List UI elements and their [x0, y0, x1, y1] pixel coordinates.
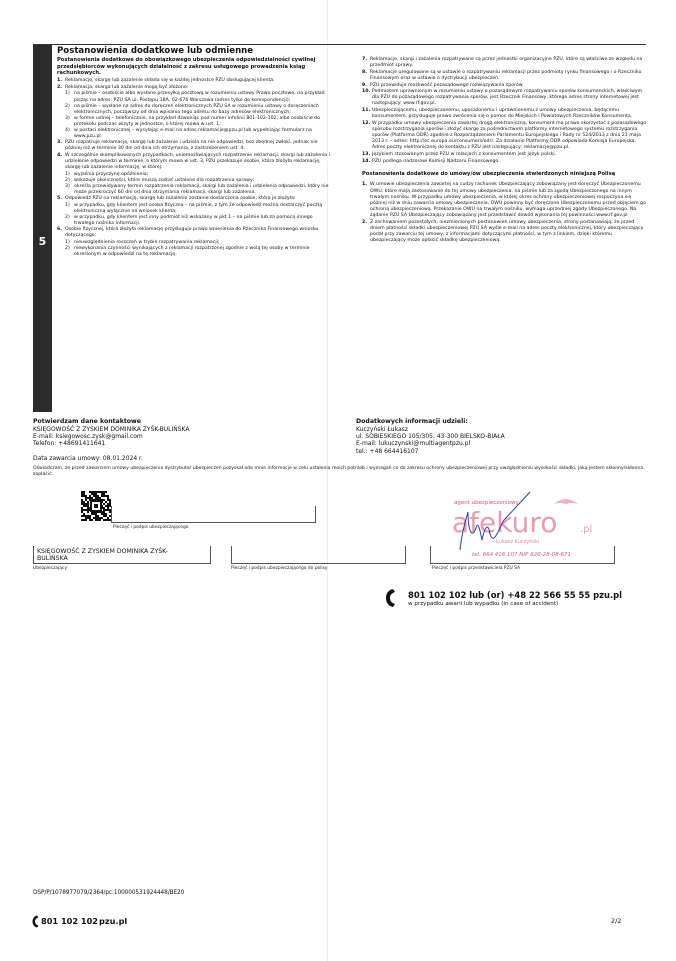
document-code: DSP/P/1078977079/2364/pc:100000531924448… — [33, 890, 184, 896]
clause-number: 3. — [57, 140, 62, 146]
clause-item: 9.PZU przewiduje możliwość pozasądowego … — [362, 83, 647, 89]
subitem-text: na piśmie – wysłane na adres do doręczeń… — [74, 104, 319, 115]
clause-text: PZU podlega nadzorowi Komisji Nadzoru Fi… — [372, 159, 500, 164]
clause-item: 11.Ubezpieczającemu, ubezpieczonemu, upo… — [362, 108, 647, 120]
complaints-subtitle: Postanowienia dodatkowe do obowiązkowego… — [57, 57, 332, 77]
clause-item: 14.PZU podlega nadzorowi Komisji Nadzoru… — [362, 159, 647, 165]
section-side-bar — [33, 45, 52, 412]
clause-text: W umowie ubezpieczenia zawartej na cudzy… — [370, 182, 646, 217]
insurer-signature-label: Pieczęć i podpis ubezpieczającego — [113, 525, 188, 530]
clause-text: Osobie fizycznej, która złożyła reklamac… — [65, 227, 318, 238]
contact-confirm-title: Potwierdzam dane kontaktowe — [33, 418, 333, 426]
clause-item: 5.Odpowiedź PZU na reklamację, skargę lu… — [57, 196, 332, 202]
insured-name: KSIĘGOWOŚĆ Z ZYSKIEM DOMINIKA ZYŚK-BULIŃ… — [37, 548, 197, 563]
pzu-rep-signature-label: Pieczęć i podpis przedstawiciela PZU SA — [432, 566, 520, 571]
clause-number: 5. — [57, 196, 62, 202]
complaints-list-right: 7.Reklamacje, skargi i zażalenia rozpatr… — [362, 57, 647, 165]
clause-item: 1.W umowie ubezpieczenia zawartej na cud… — [362, 182, 647, 219]
clause-item: 1.Reklamację, skargę lub zażalenie skład… — [57, 78, 332, 84]
agent-name: Kuczyński Łukasz — [356, 426, 656, 433]
stamp-contact: tel. 664 416 107 NIP 626-28-08-671 — [472, 552, 571, 558]
clause-text: PZU rozpatruje reklamację, skargę lub za… — [65, 140, 318, 151]
agent-email[interactable]: E-mail: lukuczynski@multiagentpzu.pl — [356, 440, 656, 447]
clause-subitem: 3)w formie ustnej – telefonicznie, na pr… — [57, 116, 332, 128]
clause-text: Z zachowaniem pozostałych, niezmienionyc… — [370, 220, 643, 243]
agent-phone[interactable]: tel.: +48 664416107 — [356, 448, 656, 455]
page-number: 2/2 — [611, 917, 621, 925]
clause-number: 9. — [362, 83, 367, 89]
clause-text: Reklamacje, skargi i zażalenia rozpatryw… — [370, 57, 642, 68]
subitem-text: w postaci elektronicznej – wysyłając e-m… — [74, 128, 312, 139]
section-top-rule — [33, 44, 646, 45]
subitem-text: na piśmie – osobiście albo wysłane przes… — [74, 91, 325, 102]
subitem-text: w przypadku, gdy klientem jest inny podm… — [74, 215, 313, 226]
clause-number: 4. — [57, 153, 62, 159]
subitem-text: w przypadku, gdy klientem jest osoba fiz… — [74, 203, 322, 214]
clause-number: 1. — [362, 182, 367, 188]
section-number: 5 — [33, 235, 52, 248]
subitem-text: wyjaśnia przyczynę opóźnienia; — [74, 172, 148, 177]
clause-text: W szczególnie skomplikowanych przypadkac… — [65, 153, 330, 170]
subitem-number: 3) — [65, 184, 70, 190]
hotline-description: w przypadku awarii lub wypadku (in case … — [408, 601, 558, 607]
contact-name: KSIĘGOWOŚĆ Z ZYSKIEM DOMINIKA ZYŚK-BULIŃ… — [33, 426, 333, 433]
agent-address: ul. SOBIESKIEGO 105/305, 43-300 BIELSKO-… — [356, 433, 656, 440]
contract-date: Data zawarcia umowy: 08.01.2024 r. — [33, 455, 143, 462]
clause-item: 13.Językiem stosowanym przez PZU w relac… — [362, 152, 647, 158]
subitem-text: wskazuje okoliczności, które muszą zosta… — [74, 178, 254, 183]
clause-subitem: 1)na piśmie – osobiście albo wysłane prz… — [57, 91, 332, 103]
clause-text: Reklamacja, skarga lub zażalenie mogą by… — [65, 85, 188, 90]
clause-item: 7.Reklamacje, skargi i zażalenia rozpatr… — [362, 57, 647, 69]
footer-phone[interactable]: 801 102 102 — [41, 916, 98, 926]
clause-item: 8.Reklamacje uregulowane są w ustawie o … — [362, 70, 647, 82]
agent-info-title: Dodatkowych informacji udzieli: — [356, 418, 656, 426]
subitem-text: w formie ustnej – telefonicznie, na przy… — [74, 116, 320, 127]
complaints-column-left: Postanowienia dodatkowe lub odmienne Pos… — [57, 46, 332, 258]
clause-text: PZU przewiduje możliwość pozasądowego ro… — [370, 83, 524, 88]
clause-item: 2.Z zachowaniem pozostałych, niezmienion… — [362, 220, 647, 244]
clause-text: Reklamację, skargę lub zażalenie składa … — [65, 78, 275, 83]
stamp-brand: afekuro — [452, 506, 557, 539]
contact-confirm-block: Potwierdzam dane kontaktowe KSIĘGOWOŚĆ Z… — [33, 418, 333, 448]
insured-label: Ubezpieczający — [33, 566, 67, 571]
clause-subitem: 1)w przypadku, gdy klientem jest osoba f… — [57, 203, 332, 215]
subitem-number: 4) — [65, 128, 70, 134]
subitem-number: 1) — [65, 91, 70, 97]
clause-subitem: 3)określa przewidywany termin rozpatrzen… — [57, 184, 332, 196]
clause-item: 12.W przypadku umowy ubezpieczenia zawar… — [362, 121, 647, 151]
clause-text: Odpowiedź PZU na reklamację, skargę lub … — [65, 196, 295, 201]
clause-item: 6.Osobie fizycznej, która złożyła reklam… — [57, 227, 332, 239]
footer-website[interactable]: pzu.pl — [99, 916, 127, 926]
clause-item: 2.Reklamacja, skarga lub zażalenie mogą … — [57, 85, 332, 91]
stamp-brand-suffix: .pl — [580, 524, 592, 535]
qr-code-icon — [81, 491, 111, 521]
clause-number: 1. — [57, 78, 62, 84]
subitem-number: 1) — [65, 203, 70, 209]
subitem-number: 2) — [65, 215, 70, 221]
clause-text: Reklamacje uregulowane są w ustawie o ro… — [370, 70, 641, 81]
agent-info-block: Dodatkowych informacji udzieli: Kuczyńsk… — [356, 418, 656, 455]
clause-number: 2. — [57, 85, 62, 91]
clause-item: 3.PZU rozpatruje reklamację, skargę lub … — [57, 140, 332, 152]
subitem-text: określa przewidywany termin rozpatrzenia… — [74, 184, 329, 195]
clause-number: 8. — [362, 70, 367, 76]
subitem-number: 2) — [65, 246, 70, 252]
clause-number: 7. — [362, 57, 367, 63]
stamp-person: Łukasz Kuczyński — [495, 538, 539, 545]
clause-number: 10. — [362, 89, 370, 95]
phone-icon — [385, 588, 397, 608]
clause-number: 6. — [57, 227, 62, 233]
clause-number: 12. — [362, 121, 370, 127]
section-title: Postanowienia dodatkowe lub odmienne — [57, 46, 332, 56]
footer-phone-icon — [32, 915, 39, 928]
clause-subitem: 2)w przypadku, gdy klientem jest inny po… — [57, 215, 332, 227]
clause-item: 10.Podmiotem uprawnionym w rozumieniu us… — [362, 89, 647, 107]
clause-subitem: 2)na piśmie – wysłane na adres do doręcz… — [57, 104, 332, 116]
clause-text: W przypadku umowy ubezpieczenia zawartej… — [372, 121, 646, 150]
policy-signature-label: Pieczęć i podpis ubezpieczającego do pol… — [231, 566, 328, 571]
policy-provisions-list: 1.W umowie ubezpieczenia zawartej na cud… — [362, 182, 647, 244]
complaints-column-right: 7.Reklamacje, skargi i zażalenia rozpatr… — [362, 57, 647, 245]
umbrella-icon — [554, 499, 578, 504]
hotline-number[interactable]: 801 102 102 lub (or) +48 22 566 55 55 pz… — [408, 590, 622, 600]
contact-phone[interactable]: Telefon: +48691411641 — [33, 440, 333, 447]
clause-item: 4.W szczególnie skomplikowanych przypadk… — [57, 153, 332, 171]
policy-provisions-title: Postanowienia dodatkowe do umowy/ów ubez… — [362, 171, 647, 178]
clause-text: Ubezpieczającemu, ubezpieczonemu, uposaż… — [372, 108, 632, 119]
agent-stamp: agent ubezpieczeniowy afekuro .pl Łukasz… — [432, 490, 612, 560]
clause-subitem: 4)w postaci elektronicznej – wysyłając e… — [57, 128, 332, 140]
clause-number: 14. — [362, 159, 370, 165]
subitem-text: nieuwzględnienia roszczeń w trybie rozpa… — [74, 240, 220, 245]
policy-signature-box[interactable] — [231, 546, 406, 564]
subitem-number: 2) — [65, 104, 70, 110]
clause-text: Podmiotem uprawnionym w rozumieniu ustaw… — [372, 89, 642, 106]
declaration-text: Oświadczam, że przed zawarciem umowy ube… — [33, 466, 648, 479]
complaints-list-left: 1.Reklamację, skargę lub zażalenie skład… — [57, 78, 332, 258]
clause-text: Językiem stosowanym przez PZU w relacjac… — [372, 152, 556, 157]
clause-number: 2. — [362, 220, 367, 226]
contact-email[interactable]: E-mail: ksiegowosc.zysk@gmail.com — [33, 433, 333, 440]
clause-number: 11. — [362, 108, 370, 114]
subitem-text: niewykonania czynności wynikających z re… — [74, 246, 310, 257]
subitem-number: 3) — [65, 116, 70, 122]
clause-subitem: 2)niewykonania czynności wynikających z … — [57, 246, 332, 258]
insurer-signature-box[interactable] — [111, 506, 316, 523]
clause-number: 13. — [362, 152, 370, 158]
